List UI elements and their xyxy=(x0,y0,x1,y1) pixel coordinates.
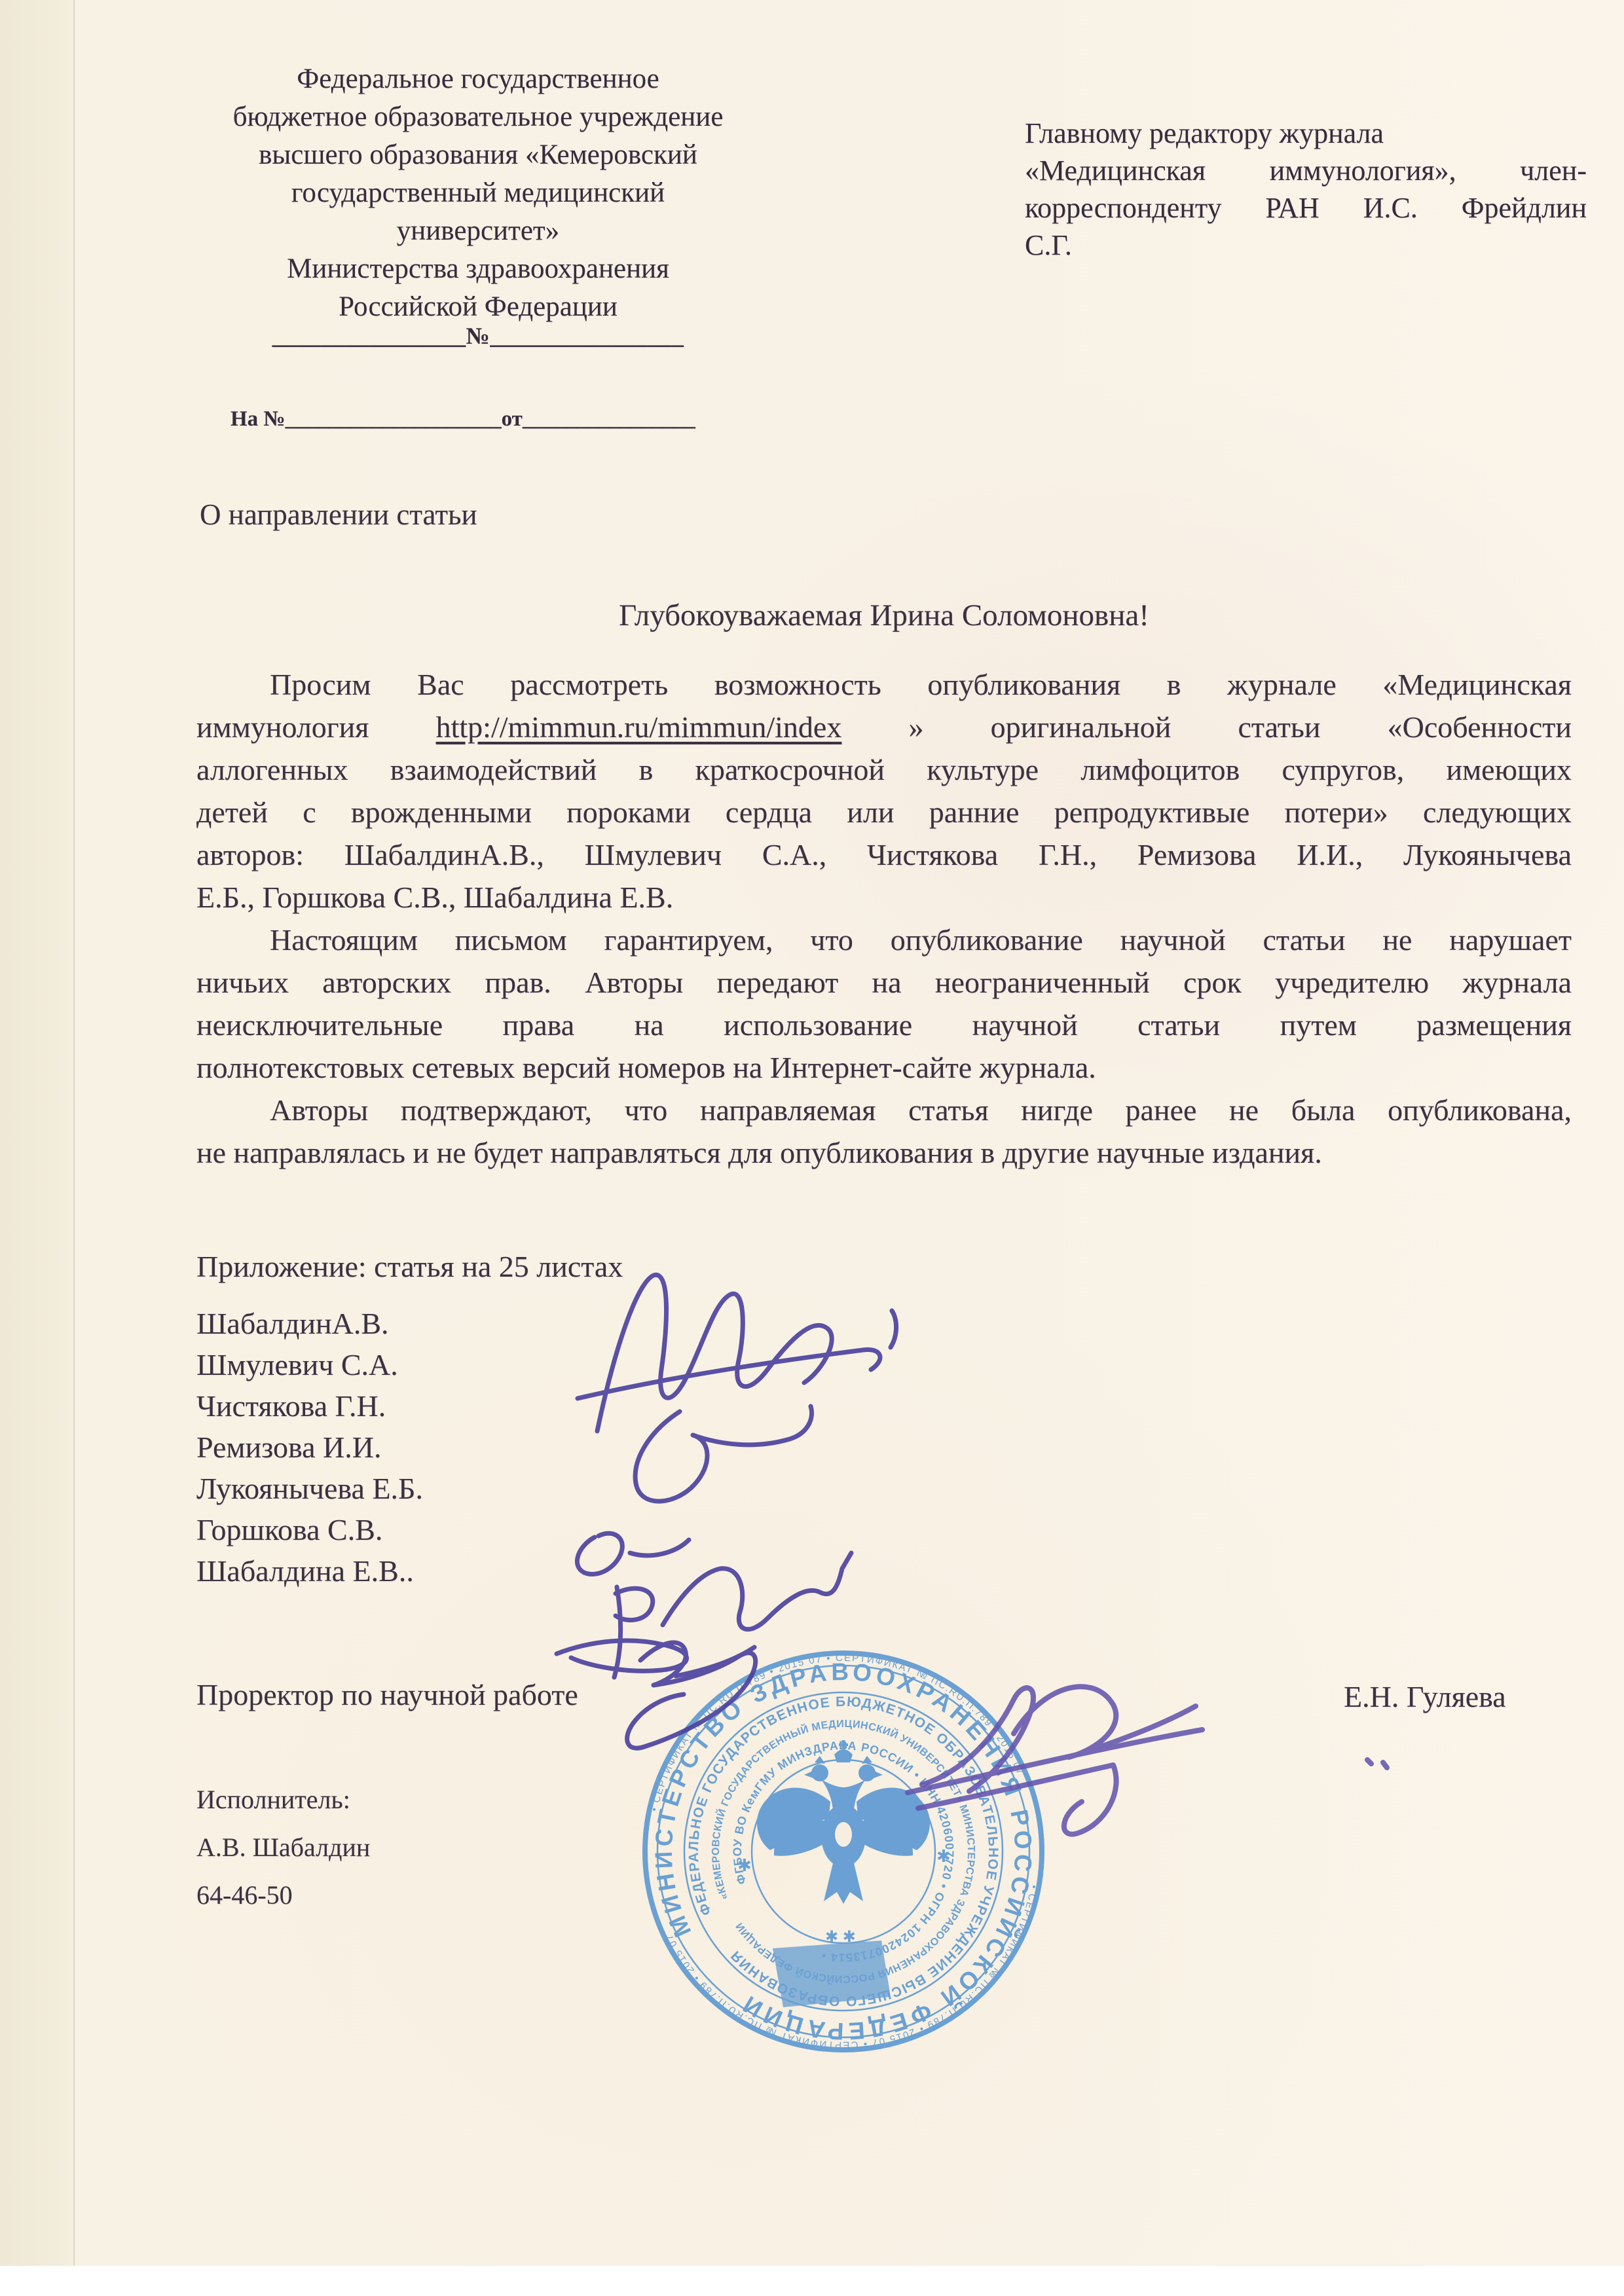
author-row: Лукоянычева Е.Б. xyxy=(196,1468,423,1509)
letterhead-line: Министерства здравоохранения xyxy=(157,250,799,288)
author-row: Горшкова С.В. xyxy=(196,1509,423,1550)
letterhead-line: университет» xyxy=(157,212,799,250)
author-row: ШабалдинА.В. xyxy=(196,1303,423,1344)
signature-stroke xyxy=(663,1553,851,1630)
signoff-name: Е.Н. Гуляева xyxy=(1344,1679,1506,1714)
body-text: иммунология xyxy=(196,710,369,744)
outgoing-number-line: ________________№________________ xyxy=(157,322,799,350)
letterhead-line: Российской Федерации xyxy=(157,288,799,326)
stamp-star-icon: ✱ xyxy=(936,1846,951,1866)
letterhead-line: высшего образования «Кемеровский xyxy=(157,136,799,174)
letterhead-line: бюджетное образовательное учреждение xyxy=(157,98,799,136)
letter-body: Просим Вас рассмотреть возможность опубл… xyxy=(196,663,1572,1174)
signature-stroke xyxy=(577,1533,689,1574)
letterhead-org-block: Федеральное государственное бюджетное об… xyxy=(157,60,799,326)
authors-list: ШабалдинА.В. Шмулевич С.А. Чистякова Г.Н… xyxy=(196,1303,423,1592)
author-row: Шабалдина Е.В.. xyxy=(196,1550,423,1592)
scanner-bottom-strip xyxy=(0,2266,1624,2296)
reference-number-line: На №____________________от______________… xyxy=(231,407,695,431)
stamp-ink-blot xyxy=(773,1941,891,2007)
addressee-line: С.Г. xyxy=(1025,227,1587,264)
author-row: Ремизова И.И. xyxy=(196,1427,423,1468)
signoff-position: Проректор по научной работе xyxy=(196,1677,578,1712)
addressee-block: Главному редактору журнала «Медицинская … xyxy=(1025,115,1587,264)
signature-stroke xyxy=(635,1406,811,1501)
body-line: Авторы подтверждают, что направляемая ст… xyxy=(196,1089,1572,1131)
signature-stroke xyxy=(597,1275,832,1431)
body-line: полнотекстовых сетевых версий номеров на… xyxy=(196,1046,1572,1089)
paper-edge-crease xyxy=(73,0,75,2267)
addressee-line: корреспонденту РАН И.С. Фрейдлин xyxy=(1025,189,1587,227)
executor-name: А.В. Шабалдин xyxy=(196,1823,370,1871)
journal-url-link: http://mimmun.ru/mimmun/index xyxy=(436,710,842,744)
official-stamp: • СЕРТИФИКАТ № ПС.RU.П.789 • 2015 07 • С… xyxy=(621,1629,1066,2074)
executor-block: Исполнитель: А.В. Шабалдин 64-46-50 xyxy=(196,1776,370,1919)
signature-stroke xyxy=(1367,1760,1387,1768)
body-line: неисключительные права на использование … xyxy=(196,1004,1572,1046)
executor-label: Исполнитель: xyxy=(196,1776,370,1823)
body-line: детей с врожденными пороками сердца или … xyxy=(196,791,1572,833)
executor-phone: 64-46-50 xyxy=(196,1871,370,1919)
body-line: ничьих авторских прав. Авторы передают н… xyxy=(196,961,1572,1004)
body-line: Настоящим письмом гарантируем, что опубл… xyxy=(196,919,1572,961)
body-text: » оригинальной статьи «Особенности xyxy=(909,710,1572,744)
body-line: не направлялась и не будет направляться … xyxy=(196,1131,1572,1174)
body-line: аллогенных взаимодействий в краткосрочно… xyxy=(196,748,1572,791)
signature-stroke xyxy=(891,1311,896,1347)
author-row: Шмулевич С.А. xyxy=(196,1344,423,1385)
signature-stroke xyxy=(578,1349,880,1398)
scanned-letter-page: Федеральное государственное бюджетное об… xyxy=(0,0,1624,2296)
salutation: Глубокоуважаемая Ирина Соломоновна! xyxy=(196,598,1572,633)
author-row: Чистякова Г.Н. xyxy=(196,1385,423,1427)
subject-line: О направлении статьи xyxy=(200,498,477,532)
body-line: Просим Вас рассмотреть возможность опубл… xyxy=(196,663,1572,706)
body-line: иммунология http://mimmun.ru/mimmun/inde… xyxy=(196,706,1572,748)
addressee-line: «Медицинская иммунология», член- xyxy=(1025,152,1587,189)
addressee-line: Главному редактору журнала xyxy=(1025,115,1587,152)
letterhead-line: государственный медицинский xyxy=(157,174,799,212)
body-line: авторов: ШабалдинА.В., Шмулевич С.А., Чи… xyxy=(196,833,1572,876)
body-line: Е.Б., Горшкова С.В., Шабалдина Е.В. xyxy=(196,876,1572,919)
letterhead-line: Федеральное государственное xyxy=(157,60,799,98)
stamp-star-icon: ✱ xyxy=(737,1855,752,1875)
attachment-line: Приложение: статья на 25 листах xyxy=(196,1249,623,1284)
